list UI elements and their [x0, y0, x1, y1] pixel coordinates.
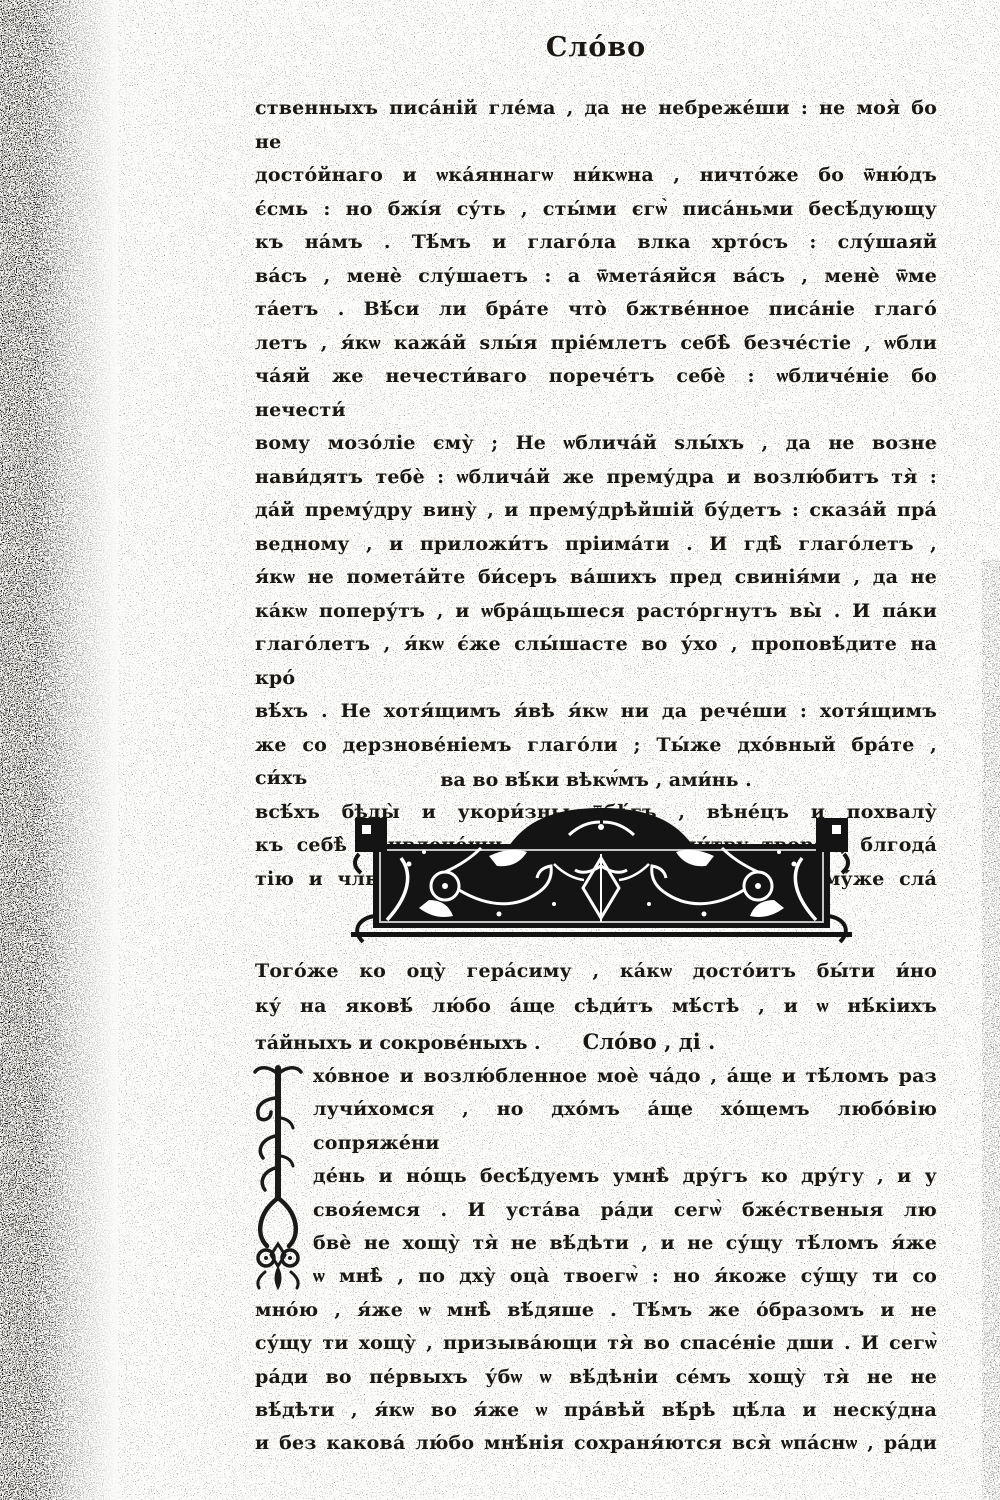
headpiece-ornament	[349, 804, 854, 946]
sermon-14-heading: Того́же ко оцу̀ гера́симу , ка́кѡ досто́…	[255, 954, 937, 1061]
text-line: ра́ди во пе́рвыхъ у́бѡ ѡ вѣ́дѣніи се́мъ …	[255, 1361, 937, 1394]
text-line: глаго́летъ , я́кѡ є́же слы́шасте во у́хо…	[255, 628, 937, 695]
text-line: вѣ́хъ . Не хотя́щимъ я́вѣ я́кѡ ни да реч…	[255, 695, 937, 729]
text-line: бвѐ не хощу̀ тя̀ не вѣ́дѣти , и не су́щу…	[255, 1227, 937, 1260]
text-line: ва́съ , менѐ слу́шаетъ : а ѿмета́яйся ва…	[255, 260, 937, 294]
text-line: вому мозо́ліе єму̀ ; Не ѡблича́й ѕлы́хъ …	[255, 427, 937, 461]
text-line: де́нь и но́щь бесѣ́дуемъ умнѣ̀ дру́гъ ко…	[255, 1160, 937, 1193]
heading-tail: та́йныхъ и сокрове́ныхъ .	[255, 1026, 541, 1061]
text-line: летъ , я́кѡ кажа́й ѕлы́я пріе́млетъ себѣ…	[255, 327, 937, 361]
text-line: да́й прему́дру вину̀ , и прему́дрѣйшій б…	[255, 494, 937, 528]
text-line: та́етъ . Вѣ́си ли бра́те что̀ бжтве́нное…	[255, 293, 937, 327]
heading-line: Того́же ко оцу̀ гера́симу , ка́кѡ досто́…	[255, 954, 937, 989]
heading-line: ку́ на яковѣ́ лю́бо а́ще сѣди́тъ мѣ́стѣ …	[255, 989, 937, 1024]
text-line: вѣ́дѣти , я́кѡ во я́же ѡ пра́вѣй вѣ́рѣ ц…	[255, 1394, 937, 1427]
text-line: ведному , и приложи́тъ пріима́ти . И гдѣ…	[255, 528, 937, 562]
scan-noise-fade	[0, 0, 118, 1500]
heading-last-line: та́йныхъ и сокрове́ныхъ . Сло́во , ді .	[255, 1024, 937, 1061]
text-line: своя́емся . И уста́ва ра́ди сегѡ̀ бже́ст…	[255, 1194, 937, 1227]
text-line: мно́ю , я́же ѡ мнѣ̀ вѣ́дяше . Тѣ́мъ же о…	[255, 1294, 937, 1327]
text-line: нави́дятъ тебѐ : ѡблича́й же прему́дра и…	[255, 461, 937, 495]
text-line: ча́яй же нечести́ваго порече́тъ себѐ : ѡ…	[255, 360, 937, 427]
text-line: су́щу ти хощу̀ , призыва́ющи тя̀ во спас…	[255, 1327, 937, 1360]
text-line: ка́кѡ поперу́тъ , и ѡбра́щьшеся расто́рг…	[255, 595, 937, 629]
scan-noise-right-edge	[982, 560, 1000, 1500]
ornate-initial-icon	[251, 1062, 305, 1290]
text-line: ѡ мнѣ̀ , по дху̀ оца̀ твоегѡ̀ : но я́кож…	[255, 1260, 937, 1293]
headpiece-woodcut-icon	[349, 804, 854, 946]
text-line: є́смь : но бжі́я су́ть , сты́ми єгѡ̀ пис…	[255, 193, 937, 227]
text-line: къ на́мъ . Тѣ́мъ и глаго́ла влка хрто́съ…	[255, 226, 937, 260]
text-line: лучи́хомся , но дхо́мъ а́ще хо́щемъ любо…	[255, 1093, 937, 1160]
sermon-14-text: хо́вное и возлю́бленное моѐ ча́до , а́ще…	[255, 1060, 937, 1461]
text-line: досто́йнаго и ѡка́яннагѡ ни́кѡна , ничто…	[255, 159, 937, 193]
scanned-page: Сло́во ственныхъ писа́ній гле́ма , да не…	[0, 0, 1000, 1500]
text-line: хо́вное и возлю́бленное моѐ ча́до , а́ще…	[255, 1060, 937, 1093]
text-column: Сло́во ственныхъ писа́ній гле́ма , да не…	[255, 32, 937, 1472]
sermon-13-closing-line: ва во вѣ́ки вѣкѡ́мъ , ами́нь .	[255, 764, 937, 798]
sermon-number-label: Сло́во , ді .	[583, 1024, 716, 1059]
scan-noise-left-edge	[0, 0, 118, 1500]
text-line: я́кѡ не помета́йте би́серъ ва́шихъ пред …	[255, 561, 937, 595]
text-line: ственныхъ писа́ній гле́ма , да не небреж…	[255, 92, 937, 159]
text-line: и без какова́ лю́бо мнѣ́нія сохраня́ются…	[255, 1427, 937, 1460]
running-head: Сло́во	[255, 32, 937, 63]
